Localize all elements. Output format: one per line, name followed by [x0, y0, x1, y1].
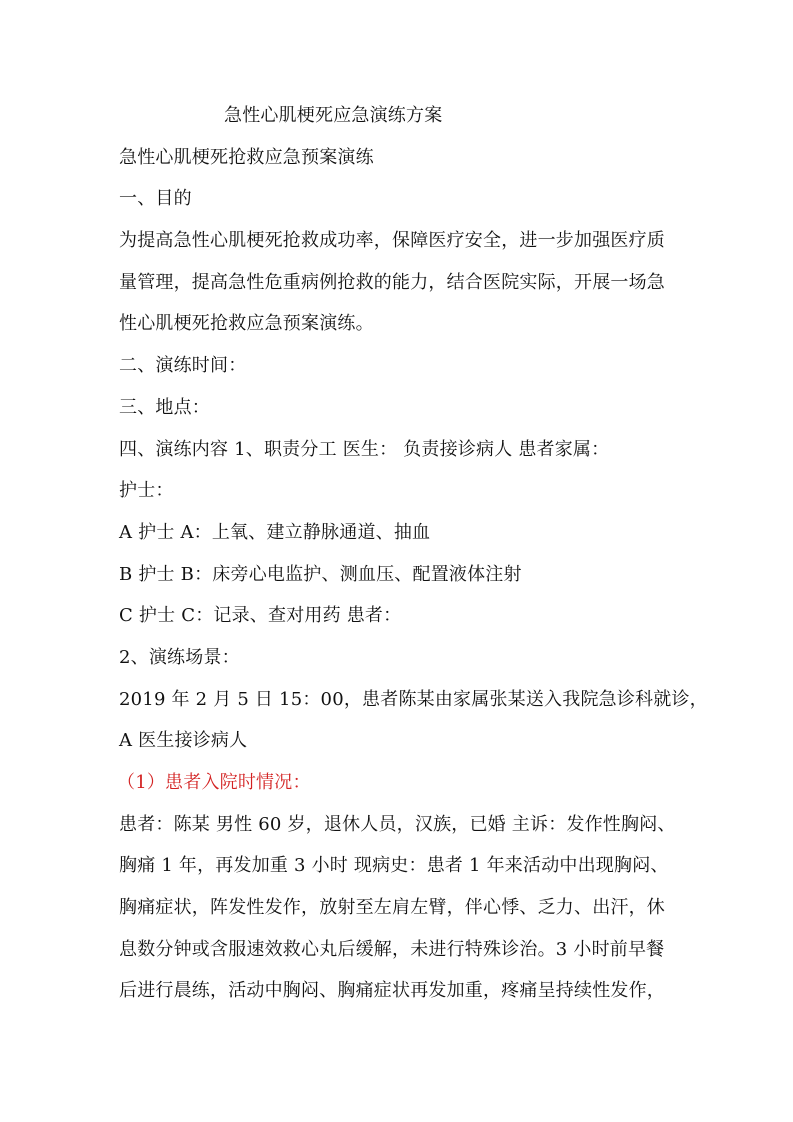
document-page: 急性心肌梗死应急演练方案 急性心肌梗死抢救应急预案演练 一、目的 为提高急性心肌…	[0, 0, 793, 1122]
patient-paragraph-line: 胸痛症状，阵发性发作，放射至左肩左臂，伴心悸、乏力、出汗，休	[119, 887, 679, 929]
scene-paragraph-line: A 医生接诊病人	[119, 720, 679, 762]
scene-heading: 2、演练场景：	[119, 637, 679, 679]
patient-paragraph-line: 息数分钟或含服速效救心丸后缓解，未进行特殊诊治。3 小时前早餐	[119, 929, 679, 971]
nurses-label: 护士：	[119, 470, 679, 512]
purpose-paragraph-line: 为提高急性心肌梗死抢救成功率，保障医疗安全，进一步加强医疗质	[119, 220, 679, 262]
document-body: 急性心肌梗死应急演练方案 急性心肌梗死抢救应急预案演练 一、目的 为提高急性心肌…	[119, 101, 679, 1012]
patient-paragraph-line: 后进行晨练，活动中胸闷、胸痛症状再发加重，疼痛呈持续性发作，	[119, 970, 679, 1012]
nurse-b-duty: B 护士 B：床旁心电监护、测血压、配置液体注射	[119, 554, 679, 596]
patient-paragraph-line: 患者：陈某 男性 60 岁，退休人员，汉族，已婚 主诉：发作性胸闷、	[119, 804, 679, 846]
section-heading-drill-content: 四、演练内容 1、职责分工 医生： 负责接诊病人 患者家属：	[119, 429, 679, 471]
nurse-a-duty: A 护士 A：上氧、建立静脉通道、抽血	[119, 512, 679, 554]
purpose-paragraph-line: 量管理，提高急性危重病例抢救的能力，结合医院实际，开展一场急	[119, 262, 679, 304]
nurse-c-duty: C 护士 C：记录、查对用药 患者：	[119, 595, 679, 637]
section-heading-drill-time: 二、演练时间：	[119, 345, 679, 387]
document-subtitle: 急性心肌梗死抢救应急预案演练	[119, 137, 679, 179]
section-heading-location: 三、地点：	[119, 387, 679, 429]
purpose-paragraph-line: 性心肌梗死抢救应急预案演练。	[119, 303, 679, 345]
patient-paragraph-line: 胸痛 1 年，再发加重 3 小时 现病史：患者 1 年来活动中出现胸闷、	[119, 845, 679, 887]
document-title: 急性心肌梗死应急演练方案	[119, 95, 679, 137]
section-heading-purpose: 一、目的	[119, 178, 679, 220]
scene-paragraph-line: 2019 年 2 月 5 日 15：00，患者陈某由家属张某送入我院急诊科就诊，	[119, 679, 679, 721]
admission-status-heading: （1）患者入院时情况：	[117, 762, 679, 804]
